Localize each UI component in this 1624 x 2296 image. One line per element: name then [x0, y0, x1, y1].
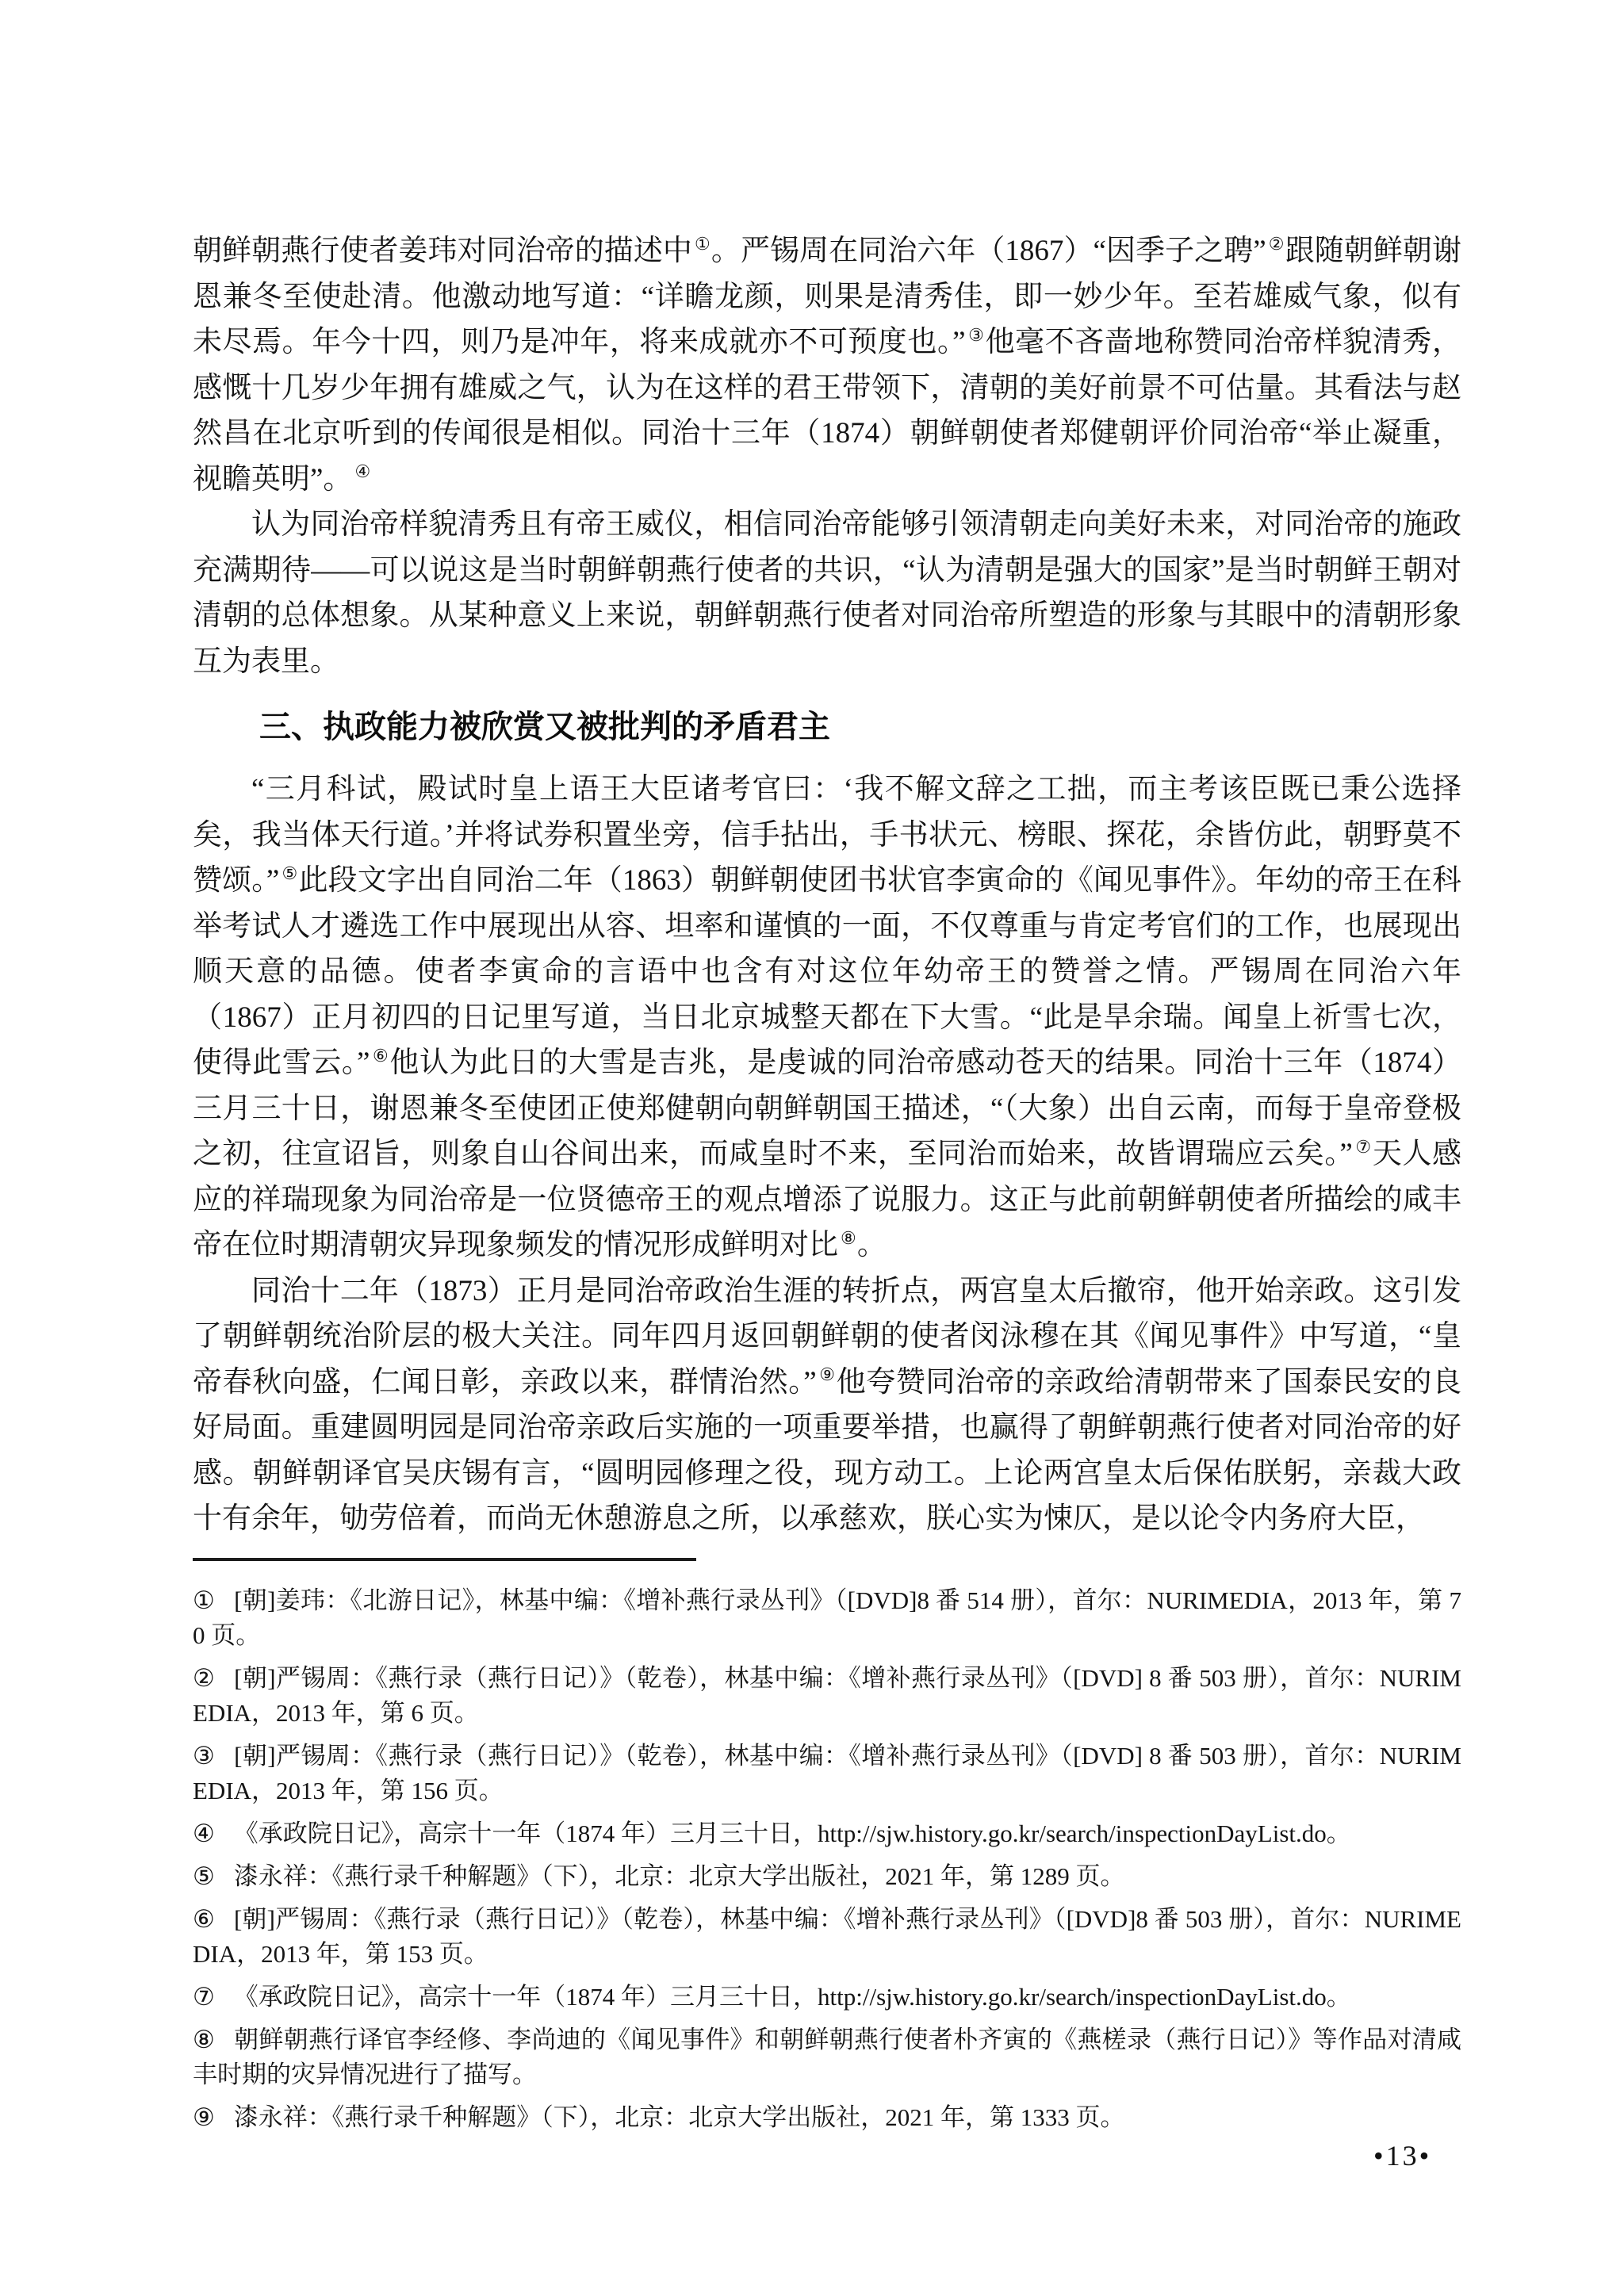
paragraph-continuation: 朝鲜朝燕行使者姜玮对同治帝的描述中①。严锡周在同治六年（1867）“因季子之聘”…	[193, 228, 1461, 502]
footnote-text: 朝鲜朝燕行译官李经修、李尚迪的《闻见事件》和朝鲜朝燕行使者朴齐寅的《燕槎录（燕行…	[193, 2026, 1461, 2088]
footnote-marker: ③	[193, 1742, 215, 1770]
footnote-item: ④《承政院日记》，高宗十一年（1874 年）三月三十日，http://sjw.h…	[193, 1816, 1461, 1851]
footnote-text: [朝]严锡周：《燕行录（燕行日记）》（乾卷），林基中编：《增补燕行录丛刊》（[D…	[193, 1905, 1461, 1968]
footnote-text: [朝]严锡周：《燕行录（燕行日记）》（乾卷），林基中编：《增补燕行录丛刊》（[D…	[193, 1742, 1461, 1804]
footnote-separator-rule	[193, 1558, 696, 1561]
footnote-reference: ⑨	[819, 1364, 836, 1384]
page-content: 朝鲜朝燕行使者姜玮对同治帝的描述中①。严锡周在同治六年（1867）“因季子之聘”…	[193, 228, 1461, 2143]
page-number: •13•	[1373, 2139, 1431, 2172]
footnote-item: ⑤漆永祥：《燕行录千种解题》（下），北京：北京大学出版社，2021 年，第 12…	[193, 1859, 1461, 1894]
footnote-marker: ⑥	[193, 1905, 215, 1933]
document-page: 朝鲜朝燕行使者姜玮对同治帝的描述中①。严锡周在同治六年（1867）“因季子之聘”…	[0, 0, 1624, 2296]
footnote-marker: ②	[193, 1664, 215, 1692]
footnote-text: 《承政院日记》，高宗十一年（1874 年）三月三十日，http://sjw.hi…	[234, 1820, 1351, 1847]
footnote-marker: ⑤	[193, 1862, 215, 1890]
section-heading: 三、执政能力被欣赏又被批判的矛盾君主	[259, 706, 1461, 748]
footnote-reference: ⑧	[841, 1228, 856, 1248]
footnotes-section: ①[朝]姜玮：《北游日记》，林基中编：《增补燕行录丛刊》（[DVD]8 番 51…	[193, 1583, 1461, 2135]
footnote-item: ⑧朝鲜朝燕行译官李经修、李尚迪的《闻见事件》和朝鲜朝燕行使者朴齐寅的《燕槎录（燕…	[193, 2022, 1461, 2092]
footnote-reference: ②	[1269, 234, 1285, 254]
paragraph-exam-anecdote: “三月科试，殿试时皇上语王大臣诸考官曰：‘我不解文辞之工拙，而主考该臣既已秉公选…	[193, 767, 1461, 1269]
footnote-marker: ①	[193, 1586, 215, 1614]
footnote-text: [朝]姜玮：《北游日记》，林基中编：《增补燕行录丛刊》（[DVD]8 番 514…	[193, 1586, 1461, 1649]
footnote-text: 漆永祥：《燕行录千种解题》（下），北京：北京大学出版社，2021 年，第 133…	[234, 2103, 1125, 2131]
paragraph-personal-rule: 同治十二年（1873）正月是同治帝政治生涯的转折点，两宫皇太后撤帘，他开始亲政。…	[193, 1269, 1461, 1542]
footnote-item: ⑨漆永祥：《燕行录千种解题》（下），北京：北京大学出版社，2021 年，第 13…	[193, 2100, 1461, 2135]
footnote-item: ③[朝]严锡周：《燕行录（燕行日记）》（乾卷），林基中编：《增补燕行录丛刊》（[…	[193, 1739, 1461, 1808]
footnote-reference: ④	[354, 461, 370, 481]
footnote-reference: ⑦	[1355, 1137, 1372, 1157]
footnote-marker: ⑧	[193, 2026, 215, 2053]
paragraph-summary: 认为同治帝样貌清秀且有帝王威仪，相信同治帝能够引领清朝走向美好未来，对同治帝的施…	[193, 502, 1461, 684]
footnote-item: ②[朝]严锡周：《燕行录（燕行日记）》（乾卷），林基中编：《增补燕行录丛刊》（[…	[193, 1661, 1461, 1731]
footnote-reference: ③	[968, 325, 985, 345]
footnote-marker: ⑨	[193, 2103, 215, 2131]
footnote-item: ⑥[朝]严锡周：《燕行录（燕行日记）》（乾卷），林基中编：《增补燕行录丛刊》（[…	[193, 1902, 1461, 1972]
footnote-text: 《承政院日记》，高宗十一年（1874 年）三月三十日，http://sjw.hi…	[234, 1983, 1351, 2011]
footnote-item: ⑦《承政院日记》，高宗十一年（1874 年）三月三十日，http://sjw.h…	[193, 1980, 1461, 2015]
footnote-marker: ④	[193, 1820, 215, 1847]
footnote-text: 漆永祥：《燕行录千种解题》（下），北京：北京大学出版社，2021 年，第 128…	[234, 1862, 1125, 1890]
footnote-item: ①[朝]姜玮：《北游日记》，林基中编：《增补燕行录丛刊》（[DVD]8 番 51…	[193, 1583, 1461, 1653]
footnote-reference: ⑥	[372, 1046, 389, 1066]
footnote-reference: ①	[695, 234, 710, 254]
footnote-text: [朝]严锡周：《燕行录（燕行日记）》（乾卷），林基中编：《增补燕行录丛刊》（[D…	[193, 1664, 1461, 1727]
footnote-marker: ⑦	[193, 1983, 215, 2011]
footnote-reference: ⑤	[282, 863, 297, 883]
